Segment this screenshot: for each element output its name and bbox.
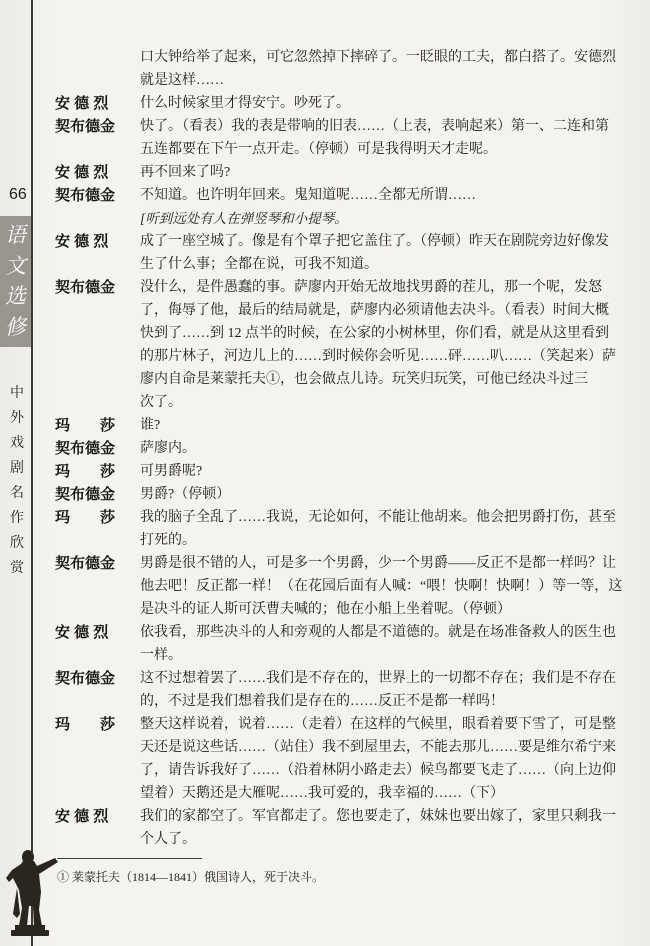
speaker-label: 安 德 烈	[55, 621, 125, 644]
speaker-label: 玛 莎	[55, 414, 125, 437]
speaker-label: 契布德金	[55, 184, 125, 207]
dialogue-line: 什么时候家里才得安宁。吵死了。	[140, 92, 627, 115]
series-title-char: 修	[5, 317, 27, 339]
page-number: 66	[9, 186, 27, 204]
dialogue-entry: 玛 莎可男爵呢?	[55, 460, 627, 483]
dialogue-line: 整天这样说着，说着……（走着）在这样的气候里，眼看着要下雪了，可是整	[140, 713, 627, 736]
series-title-char: 选	[5, 286, 27, 308]
series-title-char: 语	[5, 225, 27, 247]
dialogue-entry: 契布德金没什么，是件愚蠢的事。萨廖内开始无故地找男爵的茬儿，那一个呢，发怒了，侮…	[55, 276, 627, 414]
dialogue-line: 一样。	[140, 644, 627, 667]
sidebar-subtitle: 中外戏剧名作欣赏	[6, 381, 28, 581]
dialogue-entry: 玛 莎整天这样说着，说着……（走着）在这样的气候里，眼看着要下雪了，可是整天还是…	[55, 713, 627, 805]
dialogue-line: 是决斗的证人斯可沃曹夫喊的；他在小船上坐着呢。（停顿）	[140, 598, 627, 621]
series-title-box: 语文选修	[0, 216, 31, 347]
subtitle-char: 中	[6, 381, 28, 406]
dialogue-line: 再不回来了吗?	[140, 161, 627, 184]
subtitle-char: 名	[6, 481, 28, 506]
dialogue-line: 我们的家都空了。军官都走了。您也要走了，妹妹也要出嫁了，家里只剩我一	[140, 805, 627, 828]
dialogue-entry: 玛 莎谁?	[55, 414, 627, 437]
speaker-label: 契布德金	[55, 552, 125, 575]
sidebar-divider-line	[31, 0, 33, 946]
dialogue-line: 萨廖内。	[140, 437, 627, 460]
dialogue-entry: 契布德金不知道。也许明年回来。鬼知道呢……全都无所谓……	[55, 184, 627, 207]
dialogue-entry: 安 德 烈再不回来了吗?	[55, 161, 627, 184]
speaker-label: 契布德金	[55, 667, 125, 690]
speaker-label: 玛 莎	[55, 713, 125, 736]
dialogue-entry: [听到远处有人在弹竖琴和小提琴。	[55, 207, 627, 230]
dialogue-line: 快了。（看表）我的表是带响的旧表……（上表，表响起来）第一、二连和第	[140, 115, 627, 138]
dialogue-line: 了，侮辱了他，最后的结局就是，萨廖内必须请他去决斗。（看表）时间大概	[140, 299, 627, 322]
dialogue-line: 打死的。	[140, 529, 627, 552]
poet-statue-icon	[3, 848, 63, 940]
speaker-label: 安 德 烈	[55, 92, 125, 115]
dialogue-line: 男爵?（停顿）	[140, 483, 627, 506]
dialogue-line: 五连都要在下午一点开走。（停顿）可是我得明天才走呢。	[140, 138, 627, 161]
dialogue-entry: 玛 莎我的脑子全乱了……我说，无论如何，不能让他胡来。他会把男爵打伤，甚至打死的…	[55, 506, 627, 552]
speaker-label: 玛 莎	[55, 460, 125, 483]
dialogue-entry: 契布德金男爵是很不错的人，可是多一个男爵，少一个男爵——反正不是都一样吗？让他去…	[55, 552, 627, 621]
subtitle-char: 欣	[6, 531, 28, 556]
dialogue-line: 个人了。	[140, 828, 627, 851]
statue-image	[3, 848, 63, 940]
dialogue-line: 这不过想着罢了……我们是不存在的，世界上的一切都不存在；我们是不存在	[140, 667, 627, 690]
dialogue-entry: 契布德金快了。（看表）我的表是带响的旧表……（上表，表响起来）第一、二连和第五连…	[55, 115, 627, 161]
speaker-label: 契布德金	[55, 437, 125, 460]
dialogue-entry: 安 德 烈我们的家都空了。军官都走了。您也要走了，妹妹也要出嫁了，家里只剩我一个…	[55, 805, 627, 851]
speaker-label: 契布德金	[55, 483, 125, 506]
dialogue-line: 谁?	[140, 414, 627, 437]
dialogue-line: 快到了……到 12 点半的时候，在公家的小树林里，你们看，就是从这里看到	[140, 322, 627, 345]
dialogue-entry: 契布德金萨廖内。	[55, 437, 627, 460]
dialogue-line: 次了。	[140, 391, 627, 414]
speaker-label: 安 德 烈	[55, 161, 125, 184]
subtitle-char: 外	[6, 406, 28, 431]
dialogue-entry: 口大钟给举了起来，可它忽然掉下摔碎了。一眨眼的工夫，都白搭了。安德烈就是这样……	[55, 46, 627, 92]
dialogue-line: 可男爵呢?	[140, 460, 627, 483]
dialogue-entry: 安 德 烈什么时候家里才得安宁。吵死了。	[55, 92, 627, 115]
dialogue-line: 天还是说这些话……（站住）我不到屋里去，不能去那儿……要是维尔希宁来	[140, 736, 627, 759]
stage-direction-line: [听到远处有人在弹竖琴和小提琴。	[140, 207, 627, 230]
dialogue-line: 的那片林子，河边儿上的……到时候你会听见……砰……叭……（笑起来）萨	[140, 345, 627, 368]
dialogue-line: 就是这样……	[140, 69, 627, 92]
series-title-char: 文	[5, 255, 27, 277]
speaker-label: 安 德 烈	[55, 805, 125, 828]
dialogue-line: 成了一座空城了。像是有个罩子把它盖住了。（停顿）昨天在剧院旁边好像发	[140, 230, 627, 253]
dialogue-line: 口大钟给举了起来，可它忽然掉下摔碎了。一眨眼的工夫，都白搭了。安德烈	[140, 46, 627, 69]
dialogue-line: 没什么，是件愚蠢的事。萨廖内开始无故地找男爵的茬儿，那一个呢，发怒	[140, 276, 627, 299]
speaker-label: 安 德 烈	[55, 230, 125, 253]
dialogue-line: 他去吧！反正都一样！（在花园后面有人喊：“喂！快啊！快啊！）等一等，这	[140, 575, 627, 598]
subtitle-char: 作	[6, 506, 28, 531]
subtitle-char: 戏	[6, 431, 28, 456]
dialogue-entry: 契布德金男爵?（停顿）	[55, 483, 627, 506]
dialogue-line: 的，不过是我们想着我们是存在的……反正不是都一样吗！	[140, 690, 627, 713]
footnote-divider	[57, 858, 202, 859]
dialogue-line: 生了什么事；全都在说，可我不知道。	[140, 253, 627, 276]
footnote-text: ① 莱蒙托夫（1814—1841）俄国诗人，死于决斗。	[57, 869, 324, 885]
speaker-label: 契布德金	[55, 276, 125, 299]
dialogue-line: 廖内自命是莱蒙托夫①，也会做点儿诗。玩笑归玩笑，可他已经决斗过三	[140, 368, 627, 391]
dialogue-line: 不知道。也许明年回来。鬼知道呢……全都无所谓……	[140, 184, 627, 207]
speaker-label: 玛 莎	[55, 506, 125, 529]
subtitle-char: 剧	[6, 456, 28, 481]
dialogue-line: 依我看，那些决斗的人和旁观的人都是不道德的。就是在场准备救人的医生也	[140, 621, 627, 644]
subtitle-char: 赏	[6, 556, 28, 581]
dialogue-line: 男爵是很不错的人，可是多一个男爵，少一个男爵——反正不是都一样吗？让	[140, 552, 627, 575]
dialogue-line: 了，请告诉我好了……（沿着林阴小路走去）候鸟都要飞走了……（向上边仰	[140, 759, 627, 782]
dialogue-line: 我的脑子全乱了……我说，无论如何，不能让他胡来。他会把男爵打伤，甚至	[140, 506, 627, 529]
speaker-label: 契布德金	[55, 115, 125, 138]
dialogue-entry: 安 德 烈成了一座空城了。像是有个罩子把它盖住了。（停顿）昨天在剧院旁边好像发生…	[55, 230, 627, 276]
dialogue-line: 望着）天鹅还是大雁呢……我可爱的，我幸福的……（下）	[140, 782, 627, 805]
dialogue-entry: 契布德金这不过想着罢了……我们是不存在的，世界上的一切都不存在；我们是不存在的，…	[55, 667, 627, 713]
dialogue-area: 口大钟给举了起来，可它忽然掉下摔碎了。一眨眼的工夫，都白搭了。安德烈就是这样………	[55, 46, 627, 851]
dialogue-entry: 安 德 烈依我看，那些决斗的人和旁观的人都是不道德的。就是在场准备救人的医生也一…	[55, 621, 627, 667]
